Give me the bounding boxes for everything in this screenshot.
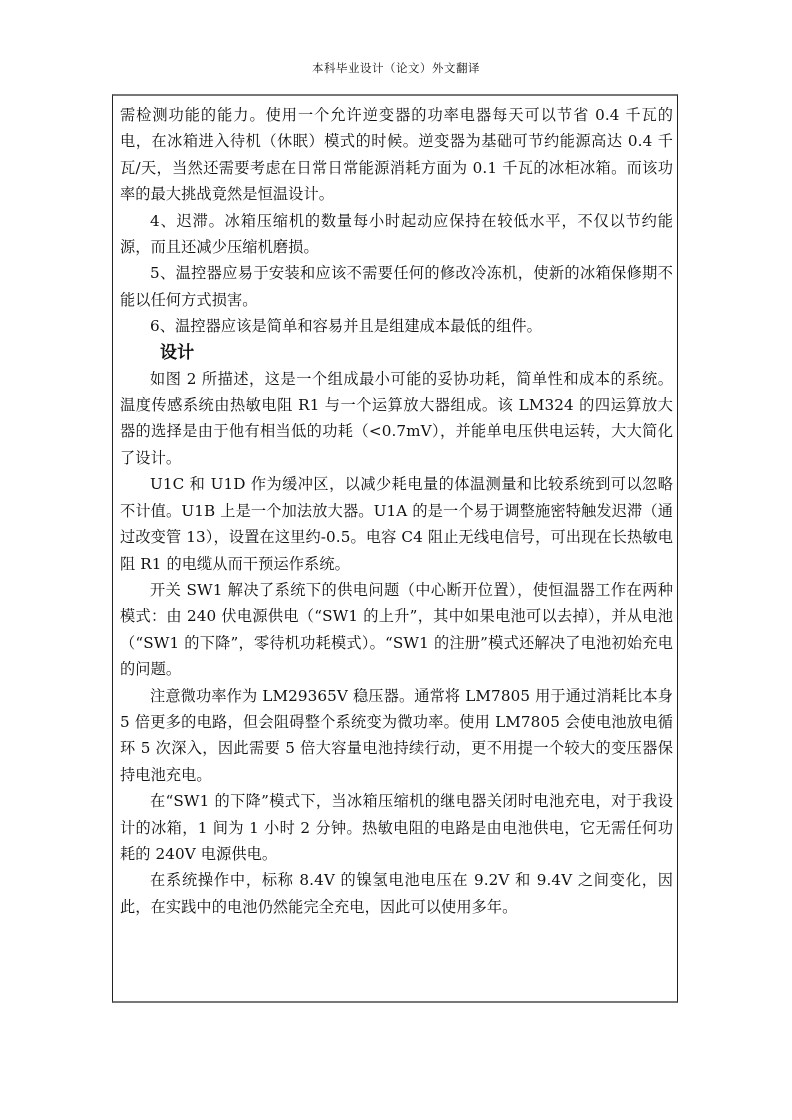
- document-body: 需检测功能的能力。使用一个允许逆变器的功率电器每天可以节省 0.4 千瓦的电，在…: [120, 102, 673, 920]
- paragraph: 在系统操作中，标称 8.4V 的镍氢电池电压在 9.2V 和 9.4V 之间变化…: [120, 867, 673, 920]
- section-heading: 设计: [120, 340, 673, 366]
- paragraph-item-4: 4、迟滞。冰箱压缩机的数量每小时起动应保持在较低水平，不仅以节约能源，而且还减少…: [120, 208, 673, 261]
- paragraph-item-6: 6、温控器应该是简单和容易并且是组建成本最低的组件。: [120, 313, 673, 339]
- paragraph: 注意微功率作为 LM29365V 稳压器。通常将 LM7805 用于通过消耗比本…: [120, 683, 673, 789]
- page-header: 本科毕业设计（论文）外文翻译: [0, 60, 792, 76]
- paragraph: 开关 SW1 解决了系统下的供电问题（中心断开位置），使恒温器工作在两种模式：由…: [120, 577, 673, 683]
- document-frame: 需检测功能的能力。使用一个允许逆变器的功率电器每天可以节省 0.4 千瓦的电，在…: [112, 94, 678, 1003]
- paragraph: 需检测功能的能力。使用一个允许逆变器的功率电器每天可以节省 0.4 千瓦的电，在…: [120, 102, 673, 208]
- paragraph: U1C 和 U1D 作为缓冲区，以减少耗电量的体温测量和比较系统到可以忽略不计值…: [120, 471, 673, 577]
- paragraph-item-5: 5、温控器应易于安装和应该不需要任何的修改冷冻机，使新的冰箱保修期不能以任何方式…: [120, 260, 673, 313]
- paragraph: 如图 2 所描述，这是一个组成最小可能的妥协功耗，简单性和成本的系统。温度传感系…: [120, 366, 673, 472]
- paragraph: 在“SW1 的下降”模式下，当冰箱压缩机的继电器关闭时电池充电，对于我设计的冰箱…: [120, 788, 673, 867]
